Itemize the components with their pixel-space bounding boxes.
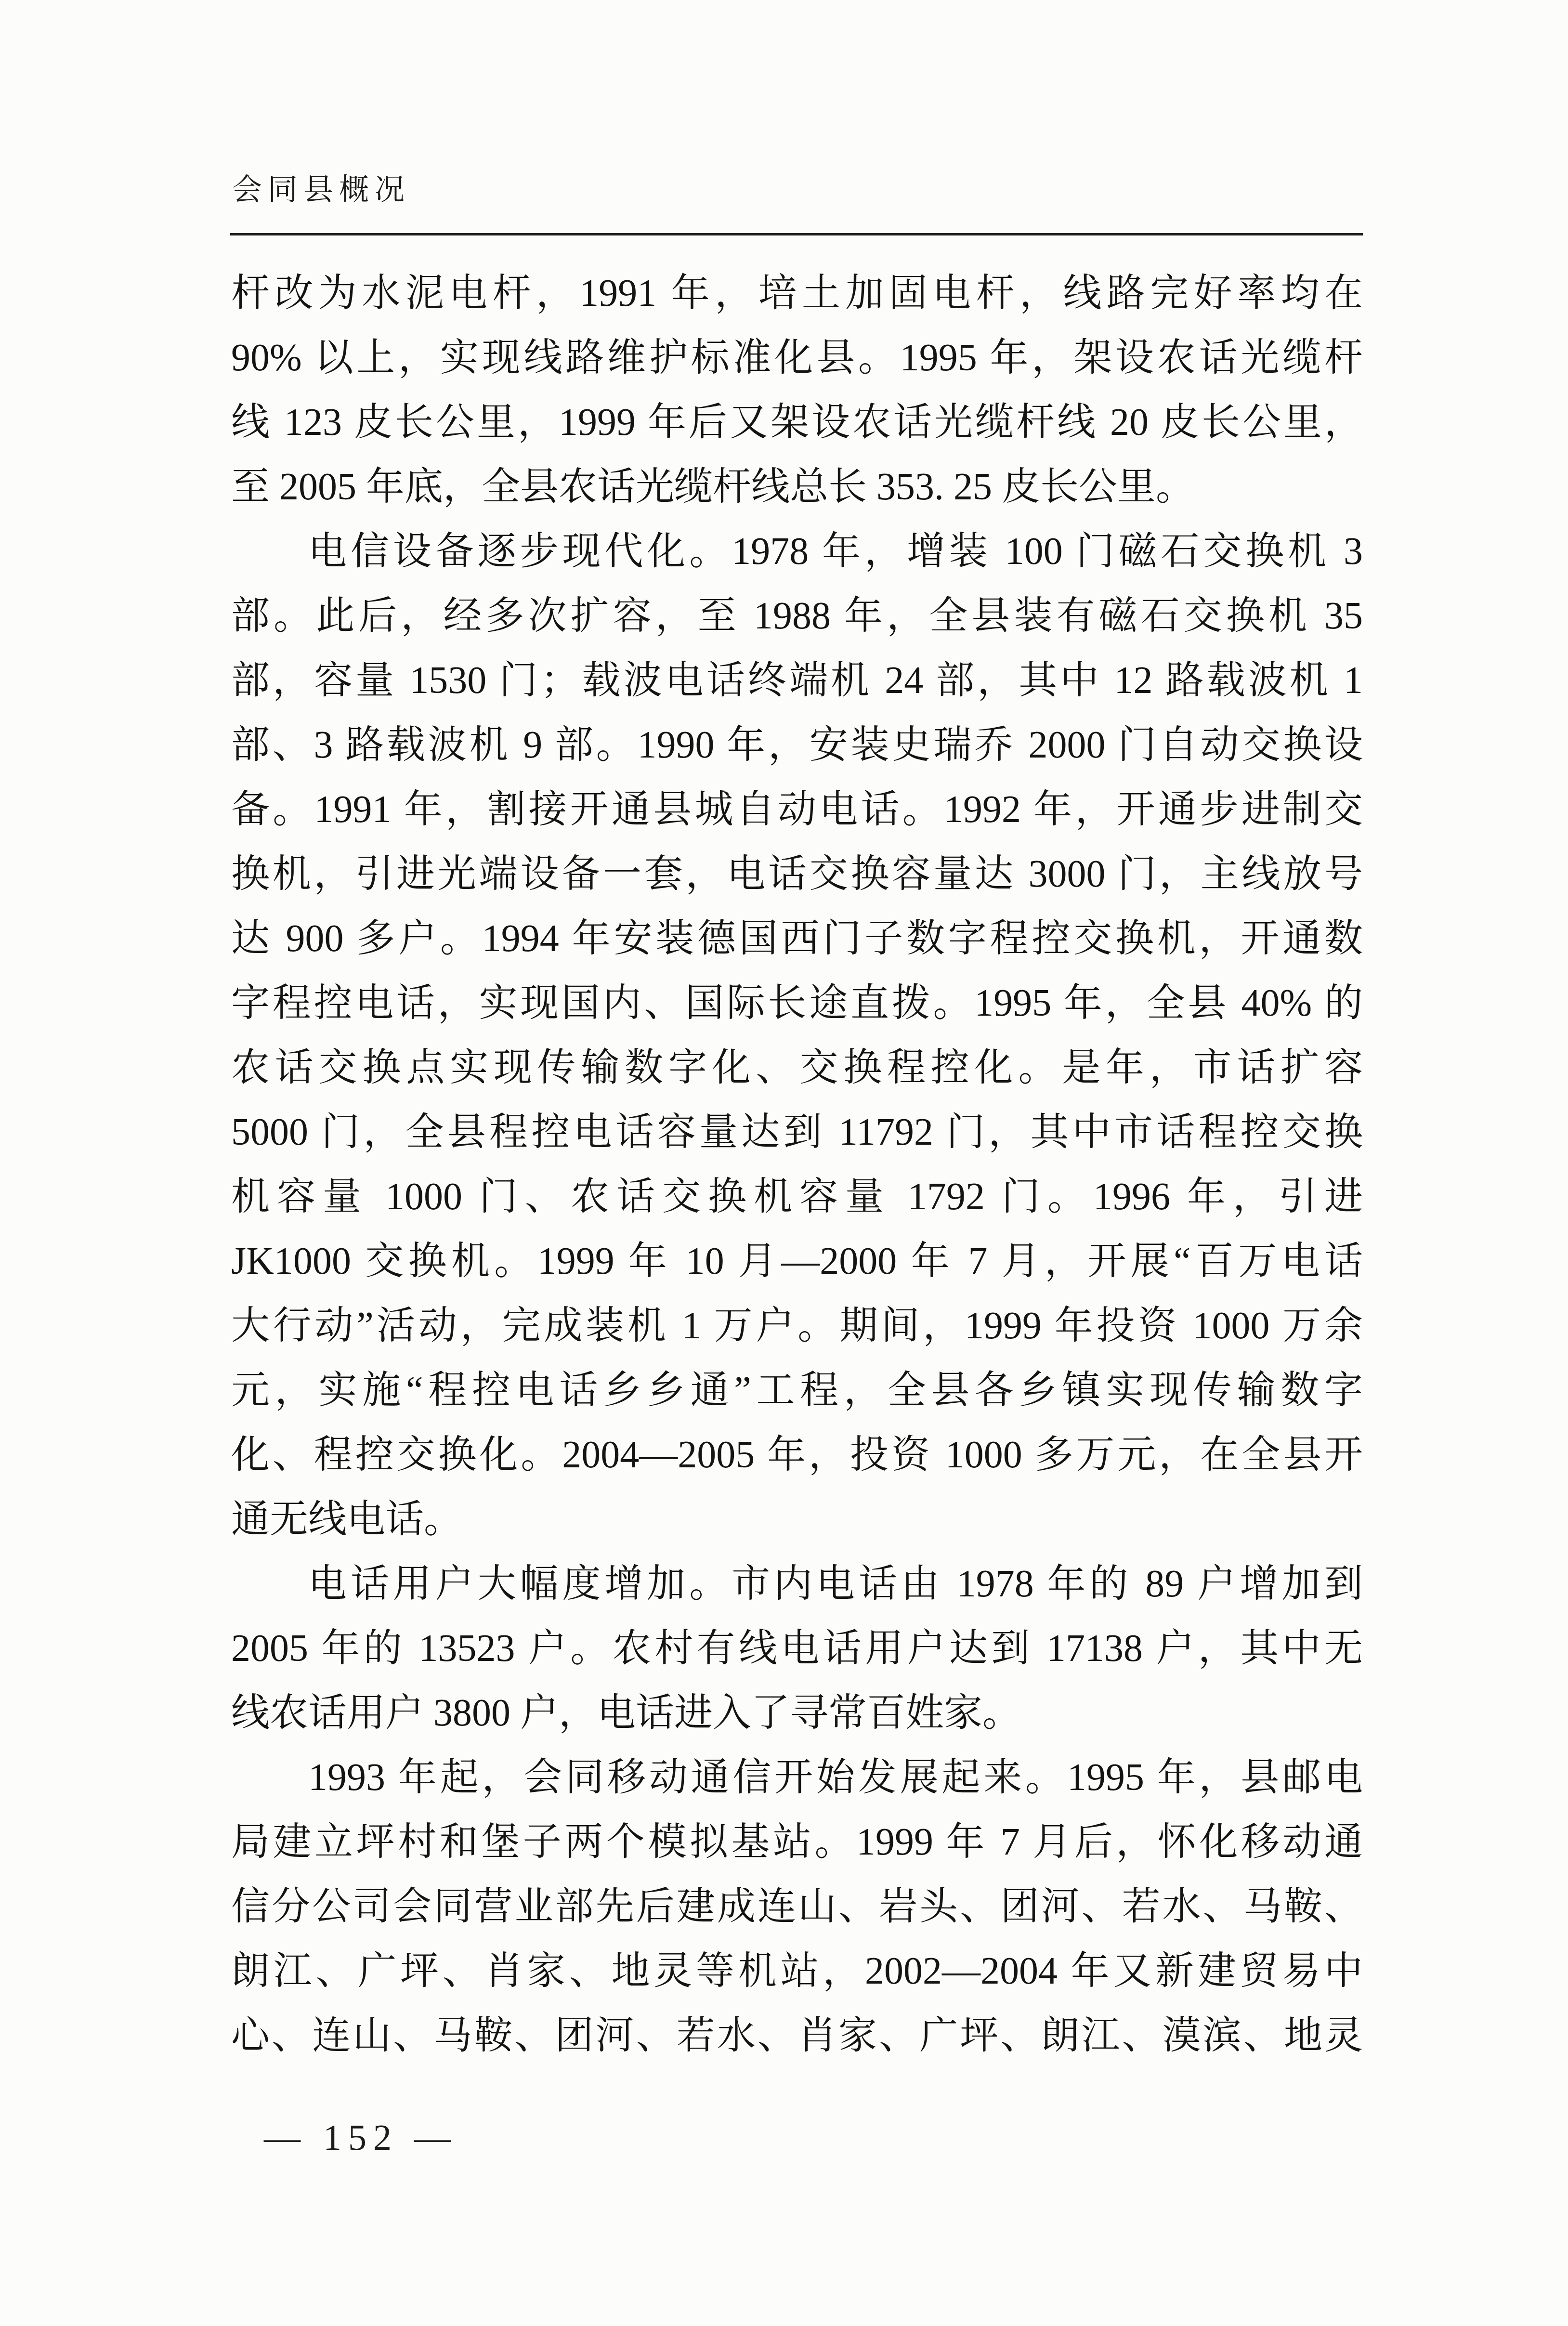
body-line: 部，容量 1530 门；载波电话终端机 24 部，其中 12 路载波机 1 bbox=[231, 648, 1363, 713]
body-line: JK1000 交换机。1999 年 10 月—2000 年 7 月，开展“百万电… bbox=[231, 1229, 1363, 1294]
body-line: 信分公司会同营业部先后建成连山、岩头、团河、若水、马鞍、 bbox=[231, 1874, 1363, 1939]
page-number: — 152 — bbox=[264, 2117, 457, 2159]
body-line: 电话用户大幅度增加。市内电话由 1978 年的 89 户增加到 bbox=[231, 1552, 1363, 1616]
body-line: 至 2005 年底，全县农话光缆杆线总长 353. 25 皮长公里。 bbox=[231, 455, 1363, 519]
body-line: 电信设备逐步现代化。1978 年，增装 100 门磁石交换机 3 bbox=[231, 519, 1363, 584]
body-line: 化、程控交换化。2004—2005 年，投资 1000 多万元，在全县开 bbox=[231, 1423, 1363, 1487]
body-text-block: 杆改为水泥电杆，1991 年，培土加固电杆，线路完好率均在 90% 以上，实现线… bbox=[231, 261, 1363, 2068]
body-line: 1993 年起，会同移动通信开始发展起来。1995 年，县邮电 bbox=[231, 1745, 1363, 1810]
body-line: 备。1991 年，割接开通县城自动电话。1992 年，开通步进制交 bbox=[231, 777, 1363, 842]
body-line: 大行动”活动，完成装机 1 万户。期间，1999 年投资 1000 万余 bbox=[231, 1294, 1363, 1358]
body-line: 达 900 多户。1994 年安装德国西门子数字程控交换机，开通数 bbox=[231, 906, 1363, 971]
body-line: 部、3 路载波机 9 部。1990 年，安装史瑞乔 2000 门自动交换设 bbox=[231, 713, 1363, 777]
body-line: 2005 年的 13523 户。农村有线电话用户达到 17138 户，其中无 bbox=[231, 1616, 1363, 1681]
body-line: 线农话用户 3800 户，电话进入了寻常百姓家。 bbox=[231, 1681, 1363, 1745]
body-line: 通无线电话。 bbox=[231, 1487, 1363, 1552]
body-line: 元，实施“程控电话乡乡通”工程，全县各乡镇实现传输数字 bbox=[231, 1358, 1363, 1423]
body-line: 线 123 皮长公里，1999 年后又架设农话光缆杆线 20 皮长公里， bbox=[231, 390, 1363, 455]
body-line: 部。此后，经多次扩容，至 1988 年，全县装有磁石交换机 35 bbox=[231, 584, 1363, 648]
body-line: 5000 门，全县程控电话容量达到 11792 门，其中市话程控交换 bbox=[231, 1100, 1363, 1164]
scanned-book-page: 会同县概况 杆改为水泥电杆，1991 年，培土加固电杆，线路完好率均在 90% … bbox=[0, 0, 1568, 2326]
body-line: 杆改为水泥电杆，1991 年，培土加固电杆，线路完好率均在 bbox=[231, 261, 1363, 326]
body-line: 农话交换点实现传输数字化、交换程控化。是年，市话扩容 bbox=[231, 1035, 1363, 1100]
body-line: 朗江、广坪、肖家、地灵等机站，2002—2004 年又新建贸易中 bbox=[231, 1939, 1363, 2003]
body-line: 90% 以上，实现线路维护标准化县。1995 年，架设农话光缆杆 bbox=[231, 326, 1363, 390]
body-line: 局建立坪村和堡子两个模拟基站。1999 年 7 月后，怀化移动通 bbox=[231, 1810, 1363, 1874]
body-line: 字程控电话，实现国内、国际长途直拨。1995 年，全县 40% 的 bbox=[231, 971, 1363, 1035]
header-divider-rule bbox=[230, 233, 1363, 235]
running-header-title: 会同县概况 bbox=[232, 166, 410, 209]
body-line: 换机，引进光端设备一套，电话交换容量达 3000 门，主线放号 bbox=[231, 842, 1363, 906]
body-line: 心、连山、马鞍、团河、若水、肖家、广坪、朗江、漠滨、地灵 bbox=[231, 2003, 1363, 2068]
body-line: 机容量 1000 门、农话交换机容量 1792 门。1996 年，引进 bbox=[231, 1164, 1363, 1229]
